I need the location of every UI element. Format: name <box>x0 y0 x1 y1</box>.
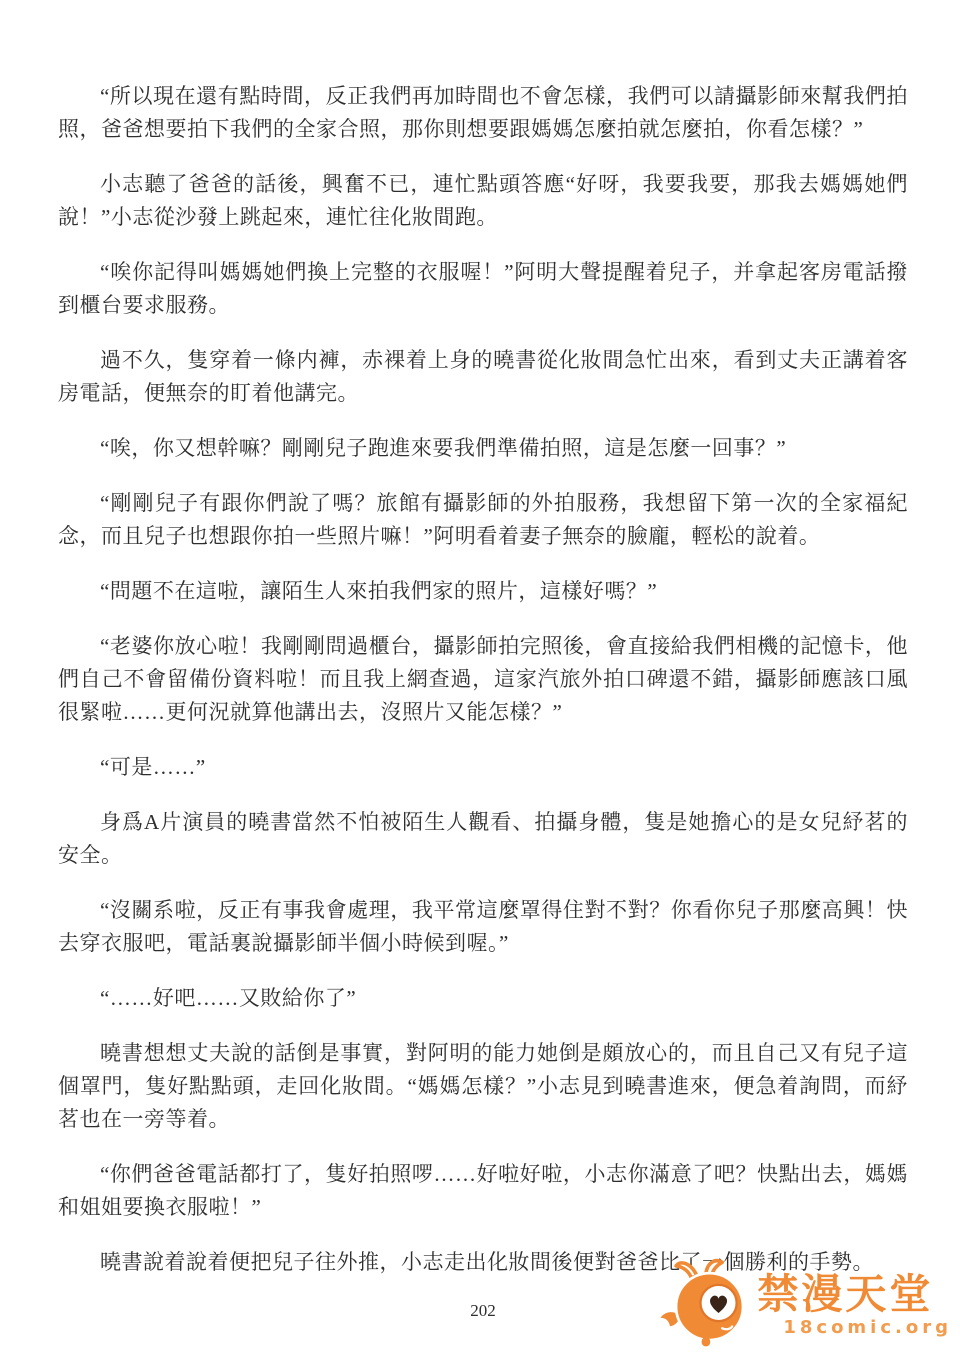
paragraph: “所以現在還有點時間，反正我們再加時間也不會怎樣，我們可以請攝影師來幫我們拍照，… <box>58 80 908 146</box>
paragraph: “老婆你放心啦！我剛剛問過櫃台，攝影師拍完照後，會直接給我們相機的記憶卡，他們自… <box>58 630 908 729</box>
document-page: “所以現在還有點時間，反正我們再加時間也不會怎樣，我們可以請攝影師來幫我們拍照，… <box>0 0 960 1357</box>
whale-mascot-icon <box>655 1256 755 1355</box>
site-name: 禁漫天堂 <box>757 1274 933 1315</box>
paragraph: “你們爸爸電話都打了，隻好拍照啰……好啦好啦，小志你滿意了吧？快點出去，媽媽和姐… <box>58 1158 908 1224</box>
watermark-logo: 禁漫天堂 18comic.org <box>655 1256 952 1355</box>
paragraph: “……好吧……又敗給你了” <box>58 982 908 1015</box>
text-content: “所以現在還有點時間，反正我們再加時間也不會怎樣，我們可以請攝影師來幫我們拍照，… <box>0 0 960 1321</box>
paragraph: “可是……” <box>58 751 908 784</box>
paragraph: “剛剛兒子有跟你們說了嗎？旅館有攝影師的外拍服務，我想留下第一次的全家福紀念，而… <box>58 487 908 553</box>
paragraph: “問題不在這啦，讓陌生人來拍我們家的照片，這樣好嗎？” <box>58 575 908 608</box>
paragraph: 過不久，隻穿着一條内褲，赤裸着上身的曉書從化妝間急忙出來，看到丈夫正講着客房電話… <box>58 344 908 410</box>
paragraph: “唉，你又想幹嘛？剛剛兒子跑進來要我們準備拍照，這是怎麼一回事？” <box>58 432 908 465</box>
watermark-text-block: 禁漫天堂 18comic.org <box>757 1274 952 1337</box>
paragraph: 曉書想想丈夫說的話倒是事實，對阿明的能力她倒是頗放心的，而且自己又有兒子這個罩門… <box>58 1037 908 1136</box>
paragraph: 身爲A片演員的曉書當然不怕被陌生人觀看、拍攝身體，隻是她擔心的是女兒紓茗的安全。 <box>58 806 908 872</box>
paragraph: “唉你記得叫媽媽她們換上完整的衣服喔！”阿明大聲提醒着兒子，并拿起客房電話撥到櫃… <box>58 256 908 322</box>
site-url: 18comic.org <box>783 1319 952 1337</box>
paragraph: 小志聽了爸爸的話後，興奮不已，連忙點頭答應“好呀，我要我要，那我去媽媽她們說！”… <box>58 168 908 234</box>
paragraph: “沒關系啦，反正有事我會處理，我平常這麼罩得住對不對？你看你兒子那麼高興！快去穿… <box>58 894 908 960</box>
